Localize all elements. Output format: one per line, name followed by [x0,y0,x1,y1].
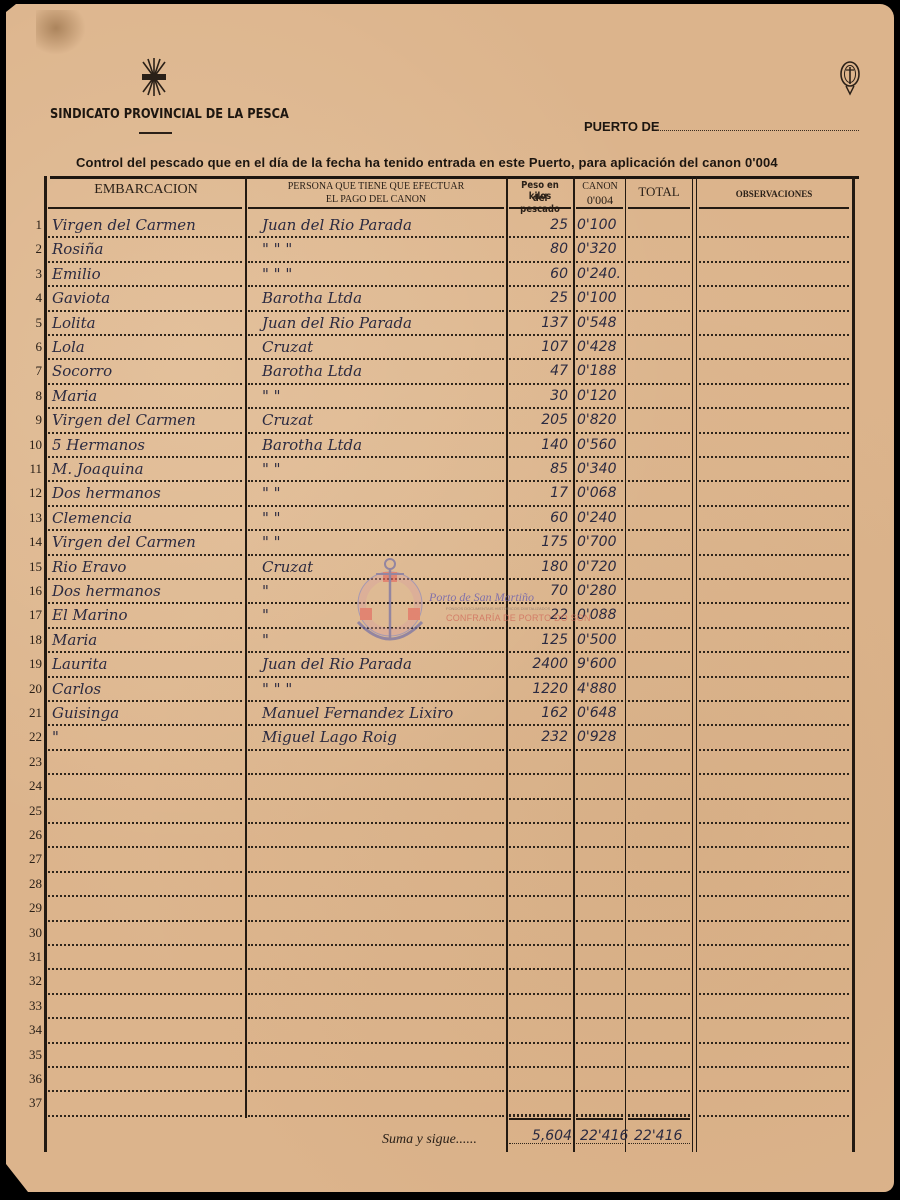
payer-name[interactable]: " [262,631,269,649]
fish-weight-kg[interactable]: 140 [508,437,568,453]
row-rule [509,236,571,238]
vessel-name[interactable]: Lolita [52,314,96,332]
row-rule [509,334,571,336]
vessel-name[interactable]: Rio Eravo [52,558,126,576]
row-rule [576,944,623,946]
row-number: 33 [20,998,42,1014]
row-rule [248,749,504,751]
row-rule [628,627,690,629]
payer-name[interactable]: " " " [262,240,292,258]
row-rule [248,480,504,482]
payer-name[interactable]: " [262,582,269,600]
vessel-name[interactable]: Gaviota [52,289,110,307]
vessel-name[interactable]: Carlos [52,680,101,698]
row-rule [248,505,504,507]
row-rule [628,700,690,702]
row-rule [48,968,242,970]
row-rule [628,236,690,238]
row-rule [248,1066,504,1068]
row-rule [699,432,849,434]
row-rule [699,822,849,824]
fish-weight-kg[interactable]: 107 [508,339,568,355]
row-rule [628,822,690,824]
fish-weight-kg[interactable]: 25 [508,290,568,306]
row-rule [248,407,504,409]
row-rule [628,773,690,775]
row-number: 9 [20,412,42,428]
row-rule [699,944,849,946]
row-rule [576,578,623,580]
row-rule [576,822,623,824]
row-number: 25 [20,803,42,819]
row-rule [576,456,623,458]
row-rule [699,383,849,385]
row-number: 8 [20,388,42,404]
row-number: 28 [20,876,42,892]
row-rule [509,700,571,702]
row-rule [48,1017,242,1019]
vessel-name[interactable]: Maria [52,387,97,405]
row-rule [628,920,690,922]
row-rule [48,846,242,848]
header-underline [248,207,504,209]
table-left-border [44,176,47,1152]
vessel-name[interactable]: Dos hermanos [52,582,161,600]
fish-weight-kg[interactable]: 137 [508,315,568,331]
row-number: 30 [20,925,42,941]
fish-weight-kg[interactable]: 47 [508,363,568,379]
row-number: 29 [20,900,42,916]
row-number: 27 [20,851,42,867]
row-rule [699,968,849,970]
row-rule [576,1066,623,1068]
row-rule [509,1090,571,1092]
row-rule [576,773,623,775]
row-rule [576,798,623,800]
row-rule [699,554,849,556]
row-rule [509,358,571,360]
port-label: PUERTO DE [584,119,660,134]
fish-weight-kg[interactable]: 2400 [508,656,568,672]
row-rule [699,798,849,800]
header-rule [50,176,859,179]
payer-name[interactable]: Cruzat [262,411,313,429]
row-rule [509,822,571,824]
row-rule [248,724,504,726]
fish-weight-kg[interactable]: 125 [508,632,568,648]
column-divider [692,176,693,1152]
header-persona-line1: PERSONA QUE TIENE QUE EFECTUAR [248,181,504,192]
fish-weight-kg[interactable]: 30 [508,388,568,404]
header-embarcacion: EMBARCACION [48,182,244,198]
row-rule [699,358,849,360]
row-number: 3 [20,266,42,282]
yoke-and-arrows-icon [139,56,169,98]
header-canon-line1: CANON [575,181,625,192]
payer-name[interactable]: Juan del Rio Parada [262,216,412,234]
row-rule [699,1115,849,1117]
payer-name[interactable]: Miguel Lago Roig [262,728,397,746]
row-number: 18 [20,632,42,648]
row-rule [576,968,623,970]
row-rule [48,1115,242,1117]
row-rule [248,773,504,775]
row-number: 10 [20,437,42,453]
row-number: 32 [20,973,42,989]
vessel-name[interactable]: Virgen del Carmen [52,411,196,429]
row-number: 2 [20,241,42,257]
canon-amount[interactable]: 0'100 [577,217,616,233]
row-number: 1 [20,217,42,233]
canon-amount[interactable]: 0'100 [577,290,616,306]
canon-amount[interactable]: 0'240 [577,510,616,526]
fish-weight-kg[interactable]: 175 [508,534,568,550]
row-rule [248,236,504,238]
row-rule [628,1090,690,1092]
row-rule [509,432,571,434]
row-rule [248,1017,504,1019]
row-rule [248,1042,504,1044]
row-rule [48,285,242,287]
organization-name: SINDICATO PROVINCIAL DE LA PESCA [50,107,289,122]
row-rule [248,310,504,312]
row-rule [248,1090,504,1092]
row-rule [509,285,571,287]
row-rule [699,236,849,238]
vessel-name[interactable]: Emilio [52,265,101,283]
row-rule [248,358,504,360]
row-rule [509,944,571,946]
form-subtitle: Control del pescado que en el día de la … [76,155,778,170]
row-rule [576,724,623,726]
row-rule [48,1066,242,1068]
row-rule [509,480,571,482]
row-rule [48,627,242,629]
row-number: 15 [20,559,42,575]
canon-amount[interactable]: 0'560 [577,437,616,453]
row-rule [576,993,623,995]
fish-weight-kg[interactable]: 60 [508,510,568,526]
row-rule [628,407,690,409]
canon-amount[interactable]: 0'500 [577,632,616,648]
row-rule [628,432,690,434]
canon-amount[interactable]: 9'600 [577,656,616,672]
row-rule [509,773,571,775]
canon-amount[interactable]: 0'820 [577,412,616,428]
row-rule [576,1017,623,1019]
row-rule [48,456,242,458]
payer-name[interactable]: Manuel Fernandez Lixiro [262,704,453,722]
column-divider [696,176,697,1152]
row-rule [48,700,242,702]
row-rule [699,261,849,263]
row-rule [576,1090,623,1092]
vessel-name[interactable]: 5 Hermanos [52,436,145,454]
canon-amount[interactable]: 0'280 [577,583,616,599]
row-rule [509,724,571,726]
row-rule [248,944,504,946]
row-rule [248,529,504,531]
row-rule [628,529,690,531]
row-rule [509,407,571,409]
canon-amount[interactable]: 0'188 [577,363,616,379]
row-rule [509,871,571,873]
vessel-name[interactable]: Dos hermanos [52,484,161,502]
organization-underline [139,132,172,134]
canon-amount[interactable]: 0'340 [577,461,616,477]
row-rule [509,651,571,653]
row-rule [509,676,571,678]
row-rule [699,578,849,580]
total-rule [628,1114,690,1116]
payer-name[interactable]: Barotha Ltda [262,362,362,380]
row-number: 34 [20,1022,42,1038]
payer-name[interactable]: " " [262,484,281,502]
row-number: 13 [20,510,42,526]
row-rule [576,554,623,556]
row-rule [48,773,242,775]
header-observaciones: OBSERVACIONES [698,189,850,199]
row-rule [248,1115,504,1117]
row-rule [699,602,849,604]
canon-total: 22'416 [580,1128,628,1144]
row-rule [248,334,504,336]
row-rule [248,285,504,287]
row-rule [576,432,623,434]
row-rule [48,529,242,531]
grand-total: 22'416 [634,1128,682,1144]
vessel-name[interactable]: El Marino [52,606,127,624]
row-rule [509,505,571,507]
payer-name[interactable]: " " [262,509,281,527]
row-rule [509,749,571,751]
row-rule [699,310,849,312]
row-number: 6 [20,339,42,355]
row-number: 14 [20,534,42,550]
payer-name[interactable]: Barotha Ltda [262,436,362,454]
row-rule [48,871,242,873]
row-rule [628,1017,690,1019]
row-rule [48,920,242,922]
port-field[interactable] [657,130,859,131]
row-rule [48,334,242,336]
vessel-name[interactable]: " [52,728,59,746]
row-rule [699,627,849,629]
fish-weight-kg[interactable]: 180 [508,559,568,575]
row-rule [576,627,623,629]
row-rule [48,724,242,726]
canon-amount[interactable]: 0'068 [577,485,616,501]
row-rule [48,358,242,360]
row-rule [509,578,571,580]
header-underline [509,207,571,209]
row-rule [699,749,849,751]
canon-amount[interactable]: 0'120 [577,388,616,404]
row-rule [628,895,690,897]
row-number: 26 [20,827,42,843]
canon-amount[interactable]: 0'928 [577,729,616,745]
watermark-org: CONFRARÍA DE PORTO DO SON [446,613,591,623]
row-rule [699,993,849,995]
vessel-name[interactable]: Laurita [52,655,108,673]
row-rule [628,1066,690,1068]
row-rule [509,529,571,531]
fish-weight-kg[interactable]: 1220 [508,681,568,697]
row-rule [628,261,690,263]
vessel-name[interactable]: Lola [52,338,85,356]
row-rule [509,968,571,970]
row-rule [509,383,571,385]
row-rule [699,773,849,775]
vessel-name[interactable]: Guisinga [52,704,119,722]
row-rule [48,578,242,580]
fish-weight-kg[interactable]: 232 [508,729,568,745]
row-rule [48,1090,242,1092]
row-rule [576,358,623,360]
row-rule [48,1042,242,1044]
total-rule [509,1118,571,1120]
row-rule [628,383,690,385]
row-number: 19 [20,656,42,672]
row-rule [48,480,242,482]
row-rule [248,822,504,824]
watermark-title: Porto de San Martiño [429,590,534,605]
payer-name[interactable]: " " [262,460,281,478]
row-rule [628,798,690,800]
header-underline [699,207,849,209]
canon-amount[interactable]: 4'880 [577,681,616,697]
row-rule [628,456,690,458]
row-rule [248,920,504,922]
row-number: 7 [20,363,42,379]
row-rule [509,1042,571,1044]
row-rule [628,358,690,360]
row-rule [509,920,571,922]
crest-emblem-icon [839,60,861,96]
fish-weight-kg[interactable]: 17 [508,485,568,501]
row-rule [576,505,623,507]
row-rule [509,261,571,263]
row-rule [48,651,242,653]
total-rule [576,1118,623,1120]
total-rule [628,1118,690,1120]
header-underline [576,207,623,209]
canon-amount[interactable]: 0'548 [577,315,616,331]
row-rule [628,944,690,946]
row-number: 24 [20,778,42,794]
row-number: 36 [20,1071,42,1087]
vessel-name[interactable]: M. Joaquina [52,460,144,478]
payer-name[interactable]: Juan del Rio Parada [262,655,412,673]
payer-name[interactable]: " " " [262,265,292,283]
vessel-name[interactable]: Virgen del Carmen [52,216,196,234]
row-number: 35 [20,1047,42,1063]
fish-weight-kg[interactable]: 60 [508,266,568,282]
row-rule [576,1042,623,1044]
fish-weight-kg[interactable]: 25 [508,217,568,233]
vessel-name[interactable]: Virgen del Carmen [52,533,196,551]
fish-weight-kg[interactable]: 85 [508,461,568,477]
row-rule [48,993,242,995]
payer-name[interactable]: " " [262,533,281,551]
row-number: 4 [20,290,42,306]
row-rule [509,1066,571,1068]
row-rule [699,920,849,922]
anchor-lifebuoy-stamp-icon [350,556,430,652]
row-rule [699,871,849,873]
row-rule [628,1042,690,1044]
row-number: 5 [20,315,42,331]
payer-name[interactable]: Cruzat [262,558,313,576]
payer-name[interactable]: Juan del Rio Parada [262,314,412,332]
vessel-name[interactable]: Rosiña [52,240,103,258]
row-rule [628,602,690,604]
canon-amount[interactable]: 0'648 [577,705,616,721]
row-rule [48,505,242,507]
row-rule [48,676,242,678]
row-rule [509,798,571,800]
fish-weight-kg[interactable]: 162 [508,705,568,721]
row-rule [628,846,690,848]
row-rule [699,407,849,409]
vessel-name[interactable]: Socorro [52,362,112,380]
row-rule [48,310,242,312]
row-rule [576,920,623,922]
row-rule [48,383,242,385]
row-rule [48,407,242,409]
payer-name[interactable]: " [262,606,269,624]
row-rule [628,968,690,970]
column-divider [573,176,575,1152]
table-right-border [852,176,855,1152]
row-rule [576,676,623,678]
payer-name[interactable]: " " [262,387,281,405]
total-rule [509,1114,571,1116]
row-rule [48,798,242,800]
vessel-name[interactable]: Clemencia [52,509,132,527]
canon-amount[interactable]: 0'428 [577,339,616,355]
payer-name[interactable]: Barotha Ltda [262,289,362,307]
row-rule [248,261,504,263]
row-number: 21 [20,705,42,721]
weight-total: 5,604 [512,1128,572,1144]
column-divider [245,176,247,1118]
fish-weight-kg[interactable]: 205 [508,412,568,428]
fish-weight-kg[interactable]: 80 [508,241,568,257]
canon-amount[interactable]: 0'720 [577,559,616,575]
row-rule [699,529,849,531]
row-rule [48,236,242,238]
canon-amount[interactable]: 0'240. [577,266,621,282]
vessel-name[interactable]: Maria [52,631,97,649]
paper-stain [36,10,86,55]
payer-name[interactable]: " " " [262,680,292,698]
payer-name[interactable]: Cruzat [262,338,313,356]
canon-amount[interactable]: 0'320 [577,241,616,257]
row-rule [509,846,571,848]
row-rule [699,651,849,653]
row-rule [248,383,504,385]
canon-amount[interactable]: 0'700 [577,534,616,550]
row-rule [248,993,504,995]
row-rule [628,480,690,482]
row-rule [248,968,504,970]
row-rule [699,700,849,702]
row-rule [628,724,690,726]
row-rule [576,602,623,604]
row-rule [628,285,690,287]
row-rule [48,749,242,751]
